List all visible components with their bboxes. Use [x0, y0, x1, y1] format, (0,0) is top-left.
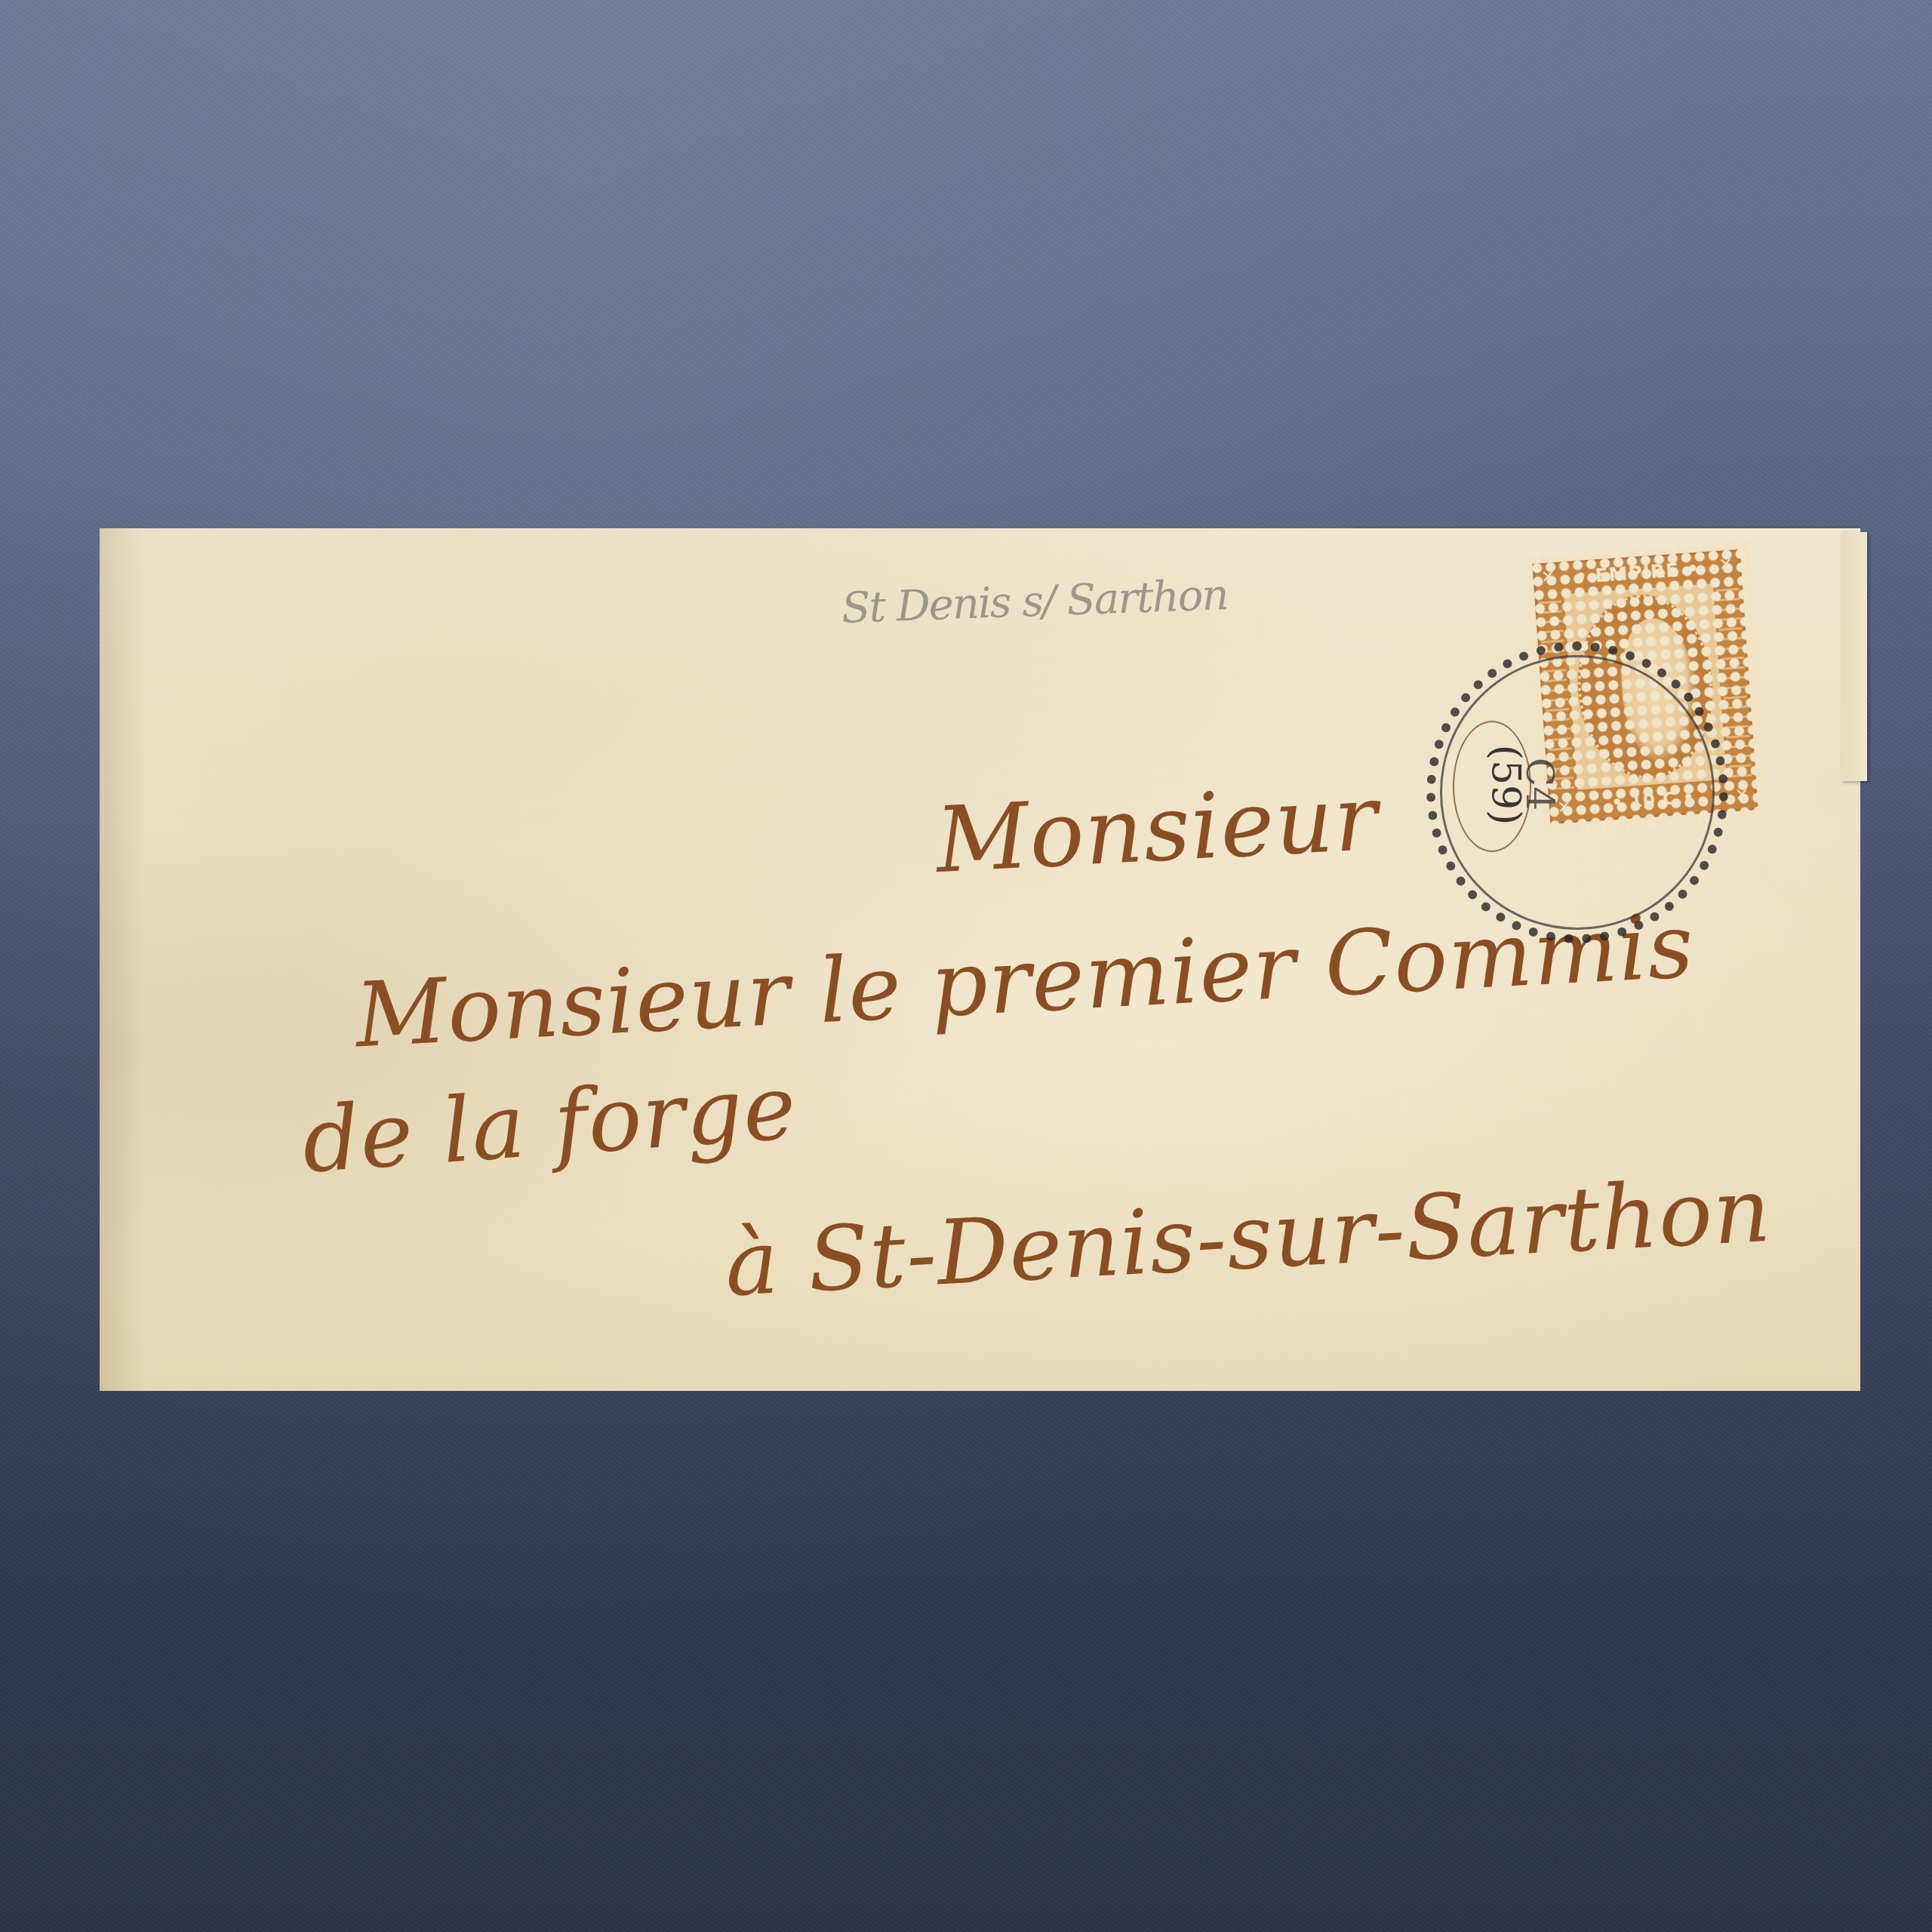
- corner-ornament-icon: ✕: [1537, 566, 1561, 590]
- stamp-frame: ✕ ✕ ✕ ✕ • EMPIRE • FRANC • • 10 C • POST…: [1532, 549, 1758, 824]
- stamp-medallion: [1564, 583, 1727, 789]
- portrait-icon: [1617, 616, 1702, 767]
- envelope-flap: [1841, 532, 1867, 781]
- corner-ornament-icon: ✕: [1730, 783, 1754, 808]
- stamp-oval: [1572, 590, 1719, 783]
- paper-stain: [100, 528, 145, 1391]
- corner-ornament-icon: ✕: [1714, 553, 1738, 577]
- postmark-letters: C4: [1518, 758, 1561, 811]
